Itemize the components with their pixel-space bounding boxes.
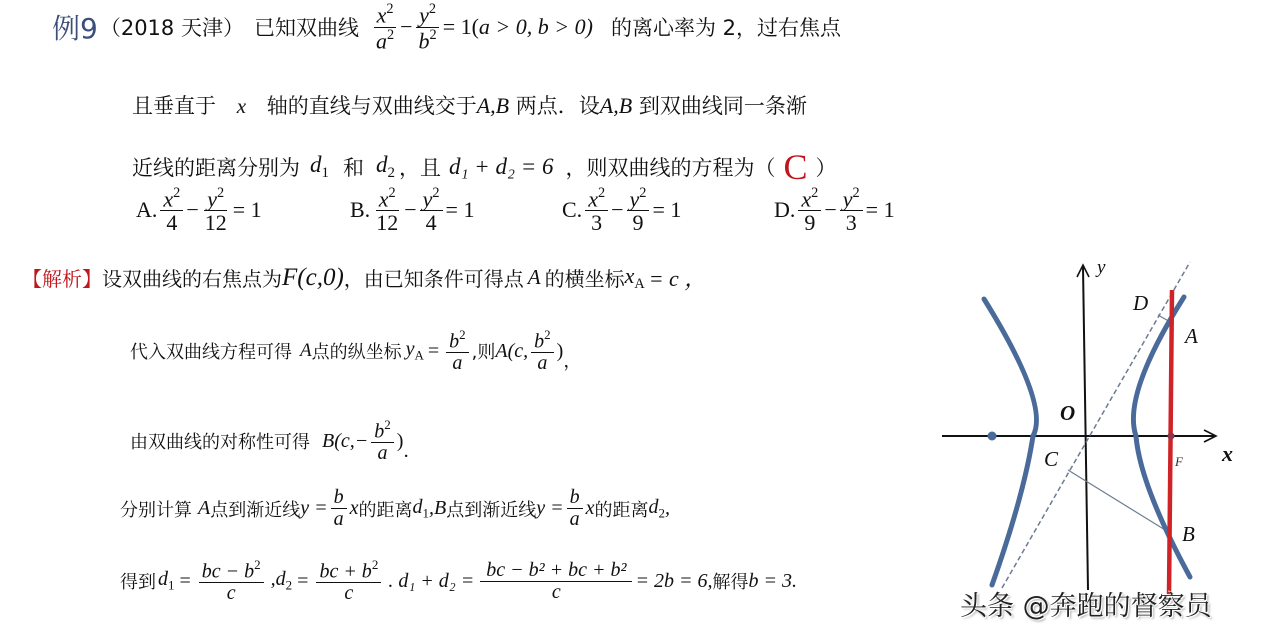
hyperbola-figure: y x O D A C F B: [940, 255, 1240, 595]
label-x: x: [1221, 441, 1233, 466]
fraction-x2-a2: x2 a2: [373, 2, 397, 52]
analysis-tag: 【解析】: [22, 263, 102, 292]
label-A: A: [1183, 324, 1198, 348]
label-y: y: [1095, 257, 1106, 278]
solution-line-3: 由双曲线的对称性可得 B(c,− b2a ) ．: [130, 418, 421, 464]
watermark: 头条 @奔跑的督察员: [960, 584, 1212, 623]
hyperbola-left-branch: [984, 299, 1036, 585]
solution-line-2: 代入双曲线方程可得 A 点的纵坐标 yA = b2a ,则 A(c, b2a )…: [130, 328, 581, 374]
asymptote-line: [1002, 262, 1190, 588]
condition: a > 0, b > 0): [479, 14, 593, 40]
example-label: 例9: [52, 7, 98, 47]
label-D: D: [1132, 291, 1148, 315]
left-focus-point: [988, 432, 997, 441]
problem-line-3: 近线的距离分别为 d1 和 d2 ， 且 d₁ + d₂ = 6 ，则双曲线的方…: [132, 146, 837, 188]
option-a: A. x24 − y212 = 1: [136, 186, 350, 234]
label-B: B: [1182, 522, 1195, 546]
label-O: O: [1060, 401, 1075, 425]
problem-line-2: 且垂直于 x 轴的直线与双曲线交于A,B 两点．设A,B 到双曲线同一条渐: [132, 90, 807, 120]
problem-line-1: 例9 （2018 天津） 已知双曲线 x2 a2 − y2 b2 = 1( a …: [52, 4, 841, 50]
solution-line-5: 得到 d1 = bc − b2c ,d2 = bc + b2c . d₁ + d…: [120, 558, 797, 604]
right-focus-point: [1168, 433, 1175, 440]
solution-line-4: 分别计算 A 点到渐近线 y = ba x 的距离 d1 , B 点到渐近线 y…: [120, 487, 670, 530]
option-b: B. x212 − y24 = 1: [350, 186, 562, 234]
label-C: C: [1044, 447, 1059, 471]
focal-vertical-line: [1169, 290, 1172, 595]
problem-source: （2018 天津）: [100, 12, 244, 42]
problem-intro: 已知双曲线: [254, 12, 359, 42]
answer-mark: C: [783, 146, 807, 188]
options-row: A. x24 − y212 = 1 B. x212 − y24 = 1 C. x…: [136, 186, 895, 234]
option-c: C. x23 − y29 = 1: [562, 186, 774, 234]
fraction-y2-b2: y2 b2: [416, 2, 440, 52]
solution-line-1: 【解析】 设双曲线的右焦点为 F(c,0) ，由已知条件可得点 A 的横坐标 x…: [22, 262, 706, 293]
option-d: D. x29 − y23 = 1: [774, 186, 895, 234]
y-axis: [1083, 267, 1088, 590]
label-F: F: [1174, 454, 1184, 469]
